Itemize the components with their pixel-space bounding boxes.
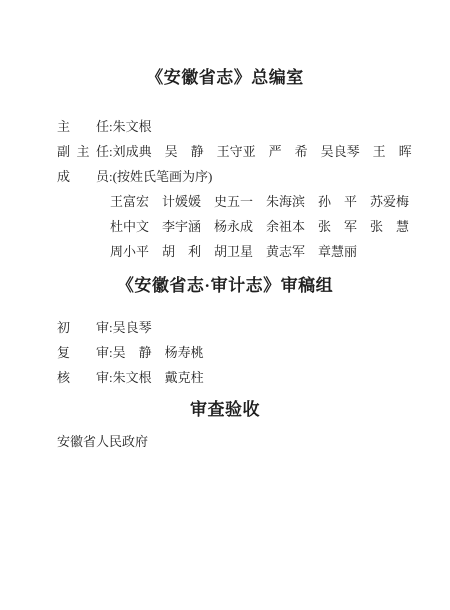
field-value: 朱文根 <box>113 119 152 134</box>
list-item-members: 成员:(按姓氏笔画为序) <box>57 164 430 189</box>
title-acceptance: 审查验收 <box>0 400 450 420</box>
field-value: 刘成典 吴 静 王守亚 严 希 吴良琴 王 晖 <box>113 144 412 159</box>
list-item-second-review: 复审:吴 静 杨寿桃 <box>57 340 430 365</box>
field-label: 核审 <box>57 365 109 390</box>
member-name-rows: 王富宏 计媛媛 史五一 朱海滨 孙 平 苏爱梅 杜中文 李宇涵 杨永成 余祖本 … <box>110 189 430 264</box>
field-label: 主任 <box>57 114 109 139</box>
member-row: 周小平 胡 利 胡卫星 黄志军 章慧丽 <box>110 239 430 264</box>
field-label: 复审 <box>57 340 109 365</box>
review-group-list: 初审:吴良琴 复审:吴 静 杨寿桃 核审:朱文根 戴克柱 <box>57 315 430 390</box>
acceptance-org: 安徽省人民政府 <box>57 434 148 450</box>
member-row: 王富宏 计媛媛 史五一 朱海滨 孙 平 苏爱梅 <box>110 189 430 214</box>
field-label: 成员 <box>57 164 109 189</box>
list-item-deputy-directors: 副主任:刘成典 吴 静 王守亚 严 希 吴良琴 王 晖 <box>57 139 430 164</box>
title-review-group: 《安徽省志·审计志》审稿组 <box>0 276 450 296</box>
field-label: 初审 <box>57 315 109 340</box>
list-item-final-review: 核审:朱文根 戴克柱 <box>57 365 430 390</box>
member-row: 杜中文 李宇涵 杨永成 余祖本 张 军 张 慧 <box>110 214 430 239</box>
editorial-office-list: 主任:朱文根 副主任:刘成典 吴 静 王守亚 严 希 吴良琴 王 晖 成员:(按… <box>57 114 430 264</box>
field-value: 朱文根 戴克柱 <box>113 370 204 385</box>
list-item-director: 主任:朱文根 <box>57 114 430 139</box>
field-value: 吴良琴 <box>113 320 152 335</box>
title-editorial-office: 《安徽省志》总编室 <box>0 68 450 88</box>
document-page: 《安徽省志》总编室 主任:朱文根 副主任:刘成典 吴 静 王守亚 严 希 吴良琴… <box>0 0 450 610</box>
field-value: 吴 静 杨寿桃 <box>113 345 204 360</box>
field-value: (按姓氏笔画为序) <box>113 169 213 184</box>
list-item-first-review: 初审:吴良琴 <box>57 315 430 340</box>
field-label: 副主任 <box>57 139 109 164</box>
